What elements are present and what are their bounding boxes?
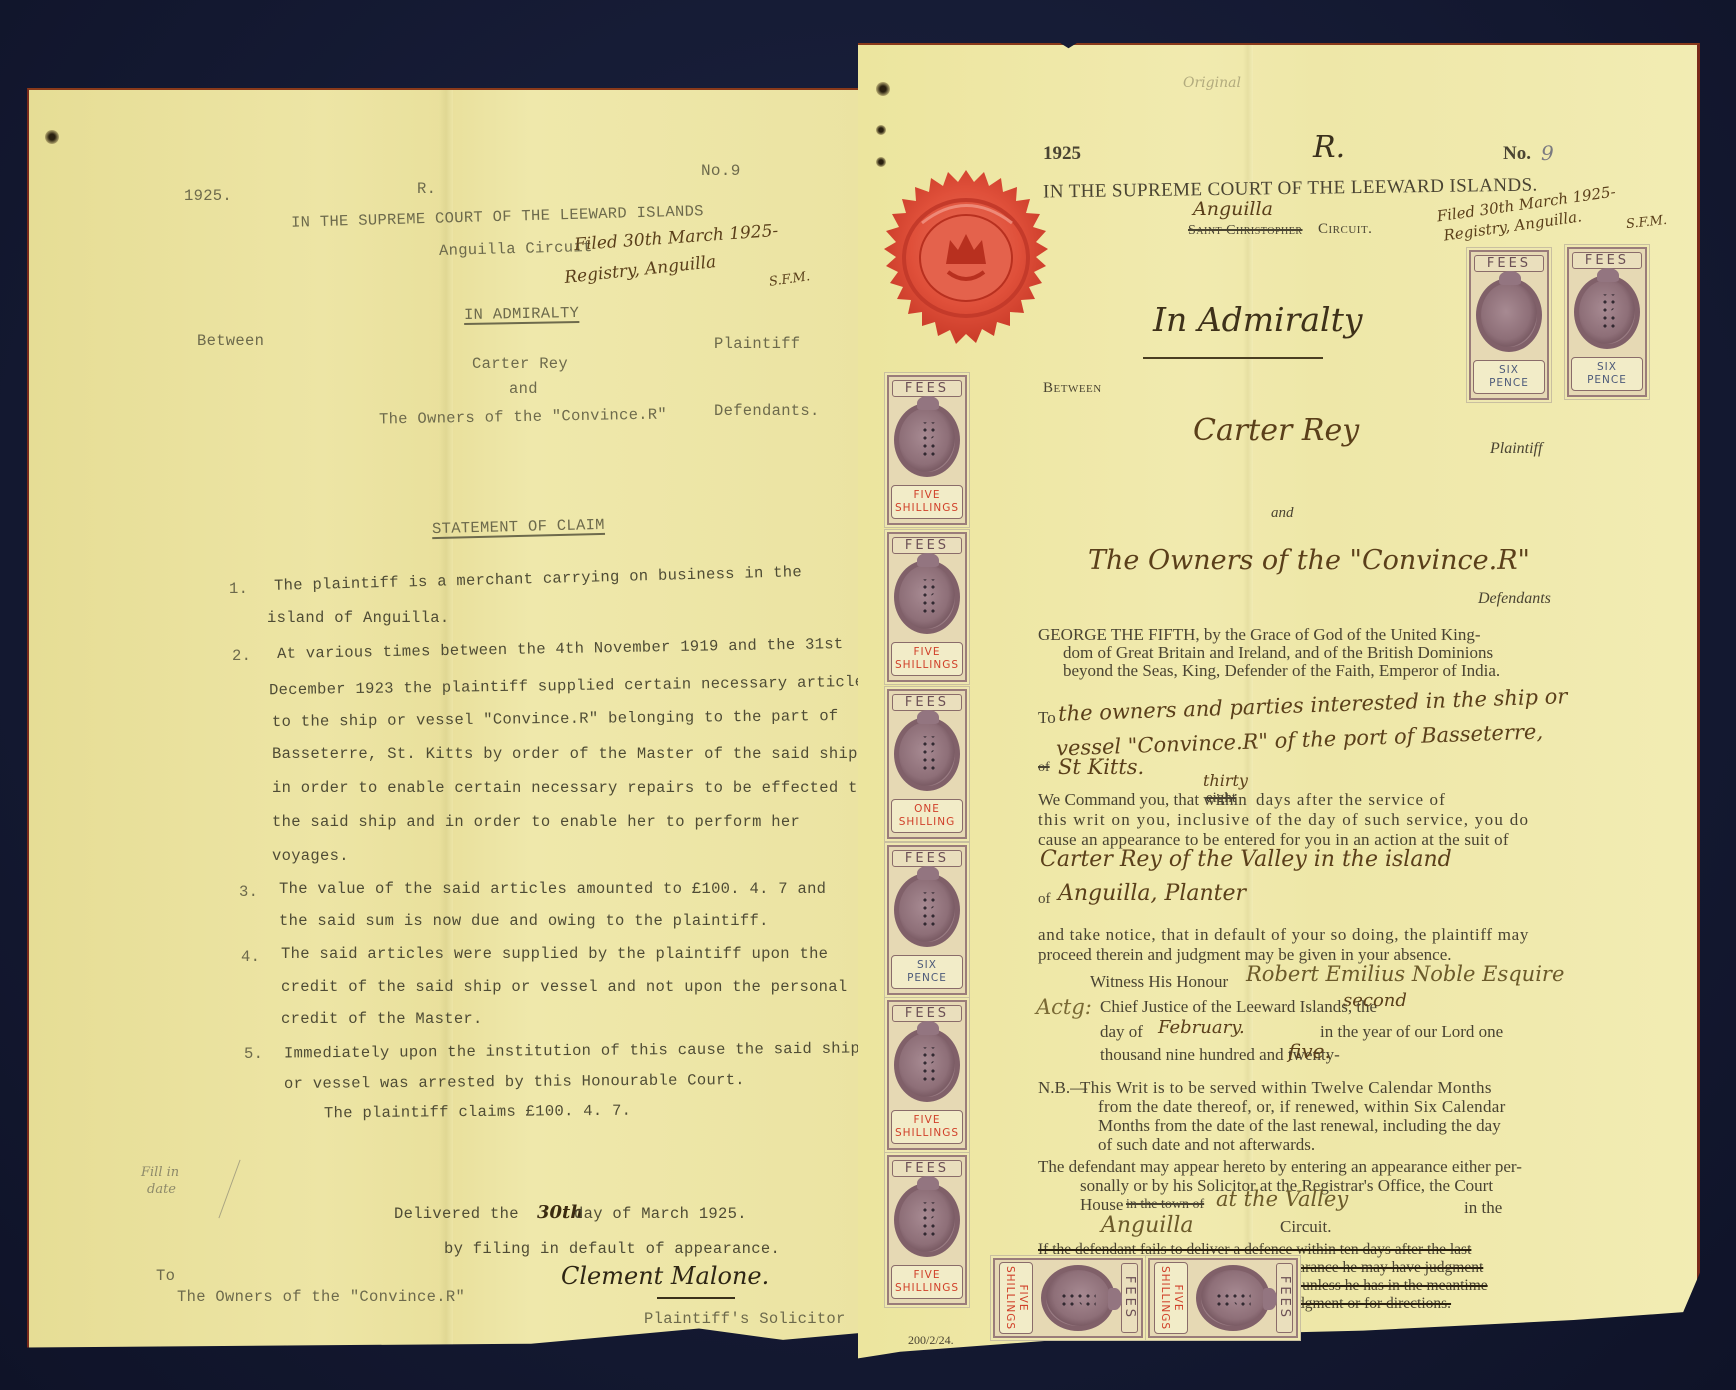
circuit2-label: Circuit. bbox=[1280, 1217, 1331, 1237]
nb-line: This Writ is to be served within Twelve … bbox=[1080, 1078, 1492, 1098]
nb-line: Months from the date of the last renewal… bbox=[1098, 1116, 1501, 1136]
house-handwritten: at the Valley bbox=[1216, 1187, 1348, 1211]
king-portrait-icon bbox=[894, 1028, 960, 1102]
claim-line: island of Anguilla. bbox=[267, 609, 449, 627]
to-line: the owners and parties interested in the… bbox=[1058, 684, 1568, 726]
filed-note-line1: Filed 30th March 1925- bbox=[574, 221, 779, 255]
king-portrait-icon bbox=[894, 403, 960, 477]
solicitor-signature: Clement Malone. bbox=[561, 1262, 769, 1290]
stamp-header: FEES bbox=[892, 1160, 962, 1177]
of-label: of bbox=[1038, 891, 1051, 908]
revenue-stamp: FEES FIVESHILLINGS bbox=[1148, 1258, 1298, 1338]
claim-number: 4. bbox=[241, 948, 260, 966]
defendant-role: Defendants. bbox=[714, 402, 820, 420]
stamp-value: ONESHILLING bbox=[891, 799, 963, 833]
revenue-stamp: FEES FIVESHILLINGS bbox=[887, 375, 967, 525]
between-label: Between bbox=[1043, 380, 1102, 397]
plaintiff-role: Plaintiff bbox=[1490, 440, 1542, 458]
claim-number: 2. bbox=[232, 647, 251, 665]
jurisdiction-heading: In Admiralty bbox=[1153, 300, 1363, 339]
claim-line: the said ship and in order to enable her… bbox=[272, 813, 800, 831]
stamp-header: FEES bbox=[1474, 255, 1544, 272]
defendant-name: The Owners of the "Convince.R" bbox=[1088, 545, 1530, 576]
letter-r: R. bbox=[1313, 130, 1345, 165]
delivered-suffix: day of March 1925. bbox=[574, 1205, 747, 1223]
month-value: February. bbox=[1158, 1017, 1245, 1038]
form-number: 200/2/24. bbox=[908, 1333, 954, 1348]
claim-number: 5. bbox=[244, 1045, 263, 1063]
claim-line: The plaintiff is a merchant carrying on … bbox=[274, 563, 802, 595]
margin-note: date bbox=[147, 1182, 176, 1197]
king-portrait-icon bbox=[1196, 1265, 1270, 1331]
preamble-line: dom of Great Britain and Ireland, and of… bbox=[1063, 643, 1493, 663]
stamp-value: SIXPENCE bbox=[1571, 357, 1643, 391]
appear-line: The defendant may appear hereto by enter… bbox=[1038, 1157, 1522, 1177]
acting-note: Actg: bbox=[1036, 995, 1092, 1019]
day-value: second bbox=[1343, 990, 1407, 1011]
suitor-line: Carter Rey of the Valley in the island bbox=[1040, 847, 1452, 872]
revenue-stamp: FEES ONESHILLING bbox=[887, 689, 967, 839]
claim-line: The value of the said articles amounted … bbox=[279, 880, 826, 898]
revenue-stamp: FEES FIVESHILLINGS bbox=[887, 532, 967, 682]
stamp-value: FIVESHILLINGS bbox=[891, 642, 963, 676]
command-line: this writ on you, inclusive of the day o… bbox=[1038, 810, 1529, 830]
year: 1925. bbox=[184, 187, 232, 205]
revenue-stamp: FEES SIXPENCE bbox=[887, 845, 967, 995]
court-seal-icon bbox=[872, 168, 1060, 356]
plaintiff-name: Carter Rey bbox=[472, 355, 568, 373]
filed-initials: S.F.M. bbox=[1625, 213, 1667, 232]
year: 1925 bbox=[1043, 143, 1081, 165]
plaintiff-role: Plaintiff bbox=[714, 335, 800, 353]
to-label: To bbox=[1038, 708, 1056, 728]
circuit-handwritten: Anguilla bbox=[1193, 198, 1273, 220]
letter-r: R. bbox=[417, 180, 436, 198]
witness-label: Witness His Honour bbox=[1090, 972, 1228, 992]
delivered-method: by filing in default of appearance. bbox=[444, 1240, 780, 1258]
claim-line: voyages. bbox=[272, 847, 349, 865]
punch-hole bbox=[876, 82, 890, 96]
stamp-header: FEES bbox=[892, 537, 962, 554]
stamp-value: FIVESHILLINGS bbox=[1154, 1262, 1188, 1334]
court-title: IN THE SUPREME COURT OF THE LEEWARD ISLA… bbox=[1043, 175, 1538, 204]
command-line: days after the service of bbox=[1256, 790, 1446, 810]
suitor-line: Anguilla, Planter bbox=[1058, 881, 1246, 906]
number-label: No. bbox=[1503, 143, 1531, 165]
nb-line: from the date thereof, or, if renewed, w… bbox=[1098, 1097, 1506, 1117]
claim-line: Basseterre, St. Kitts by order of the Ma… bbox=[272, 745, 858, 763]
between-label: Between bbox=[197, 332, 264, 350]
days-struck: eight bbox=[1206, 790, 1236, 807]
heading-underline bbox=[1143, 357, 1323, 359]
to-label: To bbox=[156, 1267, 175, 1285]
solicitor-title: Plaintiff's Solicitor bbox=[644, 1310, 846, 1328]
claim-line: December 1923 the plaintiff supplied cer… bbox=[269, 673, 874, 699]
pencil-note: Original bbox=[1183, 75, 1241, 91]
claim-line: At various times between the 4th Novembe… bbox=[277, 635, 844, 663]
delivered-prefix: Delivered the bbox=[394, 1205, 519, 1223]
preamble-line: beyond the Seas, King, Defender of the F… bbox=[1063, 661, 1500, 681]
stamp-header: FEES bbox=[892, 850, 962, 867]
circuit-label: Circuit. bbox=[1318, 221, 1372, 238]
house-struck: in the town of bbox=[1126, 1197, 1204, 1213]
stamp-value: FIVESHILLINGS bbox=[891, 485, 963, 519]
to-line: St Kitts. bbox=[1058, 755, 1144, 779]
filed-note-line2: Registry, Anguilla bbox=[563, 252, 717, 288]
king-portrait-icon bbox=[1041, 1265, 1115, 1331]
house-label: House bbox=[1080, 1195, 1123, 1215]
claim-line: credit of the Master. bbox=[281, 1010, 483, 1028]
king-portrait-icon bbox=[1476, 278, 1542, 352]
stamp-header: FEES bbox=[1572, 252, 1642, 269]
circuit2-handwritten: Anguilla bbox=[1101, 1213, 1194, 1238]
stamp-header: FEES bbox=[892, 1005, 962, 1022]
stamp-header: FEES bbox=[1121, 1263, 1138, 1333]
day-of-label: day of bbox=[1100, 1022, 1143, 1042]
punch-hole bbox=[876, 125, 886, 135]
claim-line: in order to enable certain necessary rep… bbox=[272, 779, 867, 797]
stamp-value: SIXPENCE bbox=[1473, 360, 1545, 394]
stamp-value: FIVESHILLINGS bbox=[891, 1265, 963, 1299]
of-struck: of bbox=[1038, 760, 1050, 776]
preamble-line: GEORGE THE FIFTH, by the Grace of God of… bbox=[1038, 625, 1481, 645]
revenue-stamp: FEES FIVESHILLINGS bbox=[993, 1258, 1143, 1338]
stamp-value: FIVESHILLINGS bbox=[999, 1262, 1033, 1334]
year-value: five. bbox=[1288, 1039, 1331, 1063]
stamp-value: FIVESHILLINGS bbox=[891, 1110, 963, 1144]
claim-line: the said sum is now due and owing to the… bbox=[279, 912, 769, 930]
revenue-stamp: FEES SIXPENCE bbox=[1567, 247, 1647, 397]
defendant-name: The Owners of the "Convince.R" bbox=[379, 405, 667, 428]
jurisdiction-heading: IN ADMIRALTY bbox=[464, 304, 580, 324]
defendant-role: Defendants bbox=[1478, 590, 1551, 608]
claim-number: 3. bbox=[239, 883, 258, 901]
notice-line: and take notice, that in default of your… bbox=[1038, 925, 1529, 945]
claim-total: The plaintiff claims £100. 4. 7. bbox=[324, 1102, 631, 1123]
stamp-header: FEES bbox=[1276, 1263, 1293, 1333]
king-portrait-icon bbox=[1574, 275, 1640, 349]
punch-hole bbox=[45, 130, 59, 144]
year-text: in the year of our Lord one bbox=[1320, 1022, 1503, 1042]
stamp-header: FEES bbox=[892, 694, 962, 711]
statement-of-claim-document: 1925. R. No.9 IN THE SUPREME COURT OF TH… bbox=[27, 88, 867, 1350]
king-portrait-icon bbox=[894, 560, 960, 634]
pencil-mark bbox=[218, 1160, 240, 1219]
claim-line: The said articles were supplied by the p… bbox=[281, 945, 828, 963]
claim-line: Immediately upon the institution of this… bbox=[284, 1039, 860, 1062]
revenue-stamp: FEES SIXPENCE bbox=[1469, 250, 1549, 400]
chief-justice-text: Chief Justice of the Leeward Islands, th… bbox=[1100, 997, 1377, 1017]
and-label: and bbox=[509, 380, 538, 398]
struck-line: If the defendant fails to deliver a defe… bbox=[1038, 1241, 1471, 1259]
filed-initials: S.F.M. bbox=[768, 269, 811, 290]
king-portrait-icon bbox=[894, 717, 960, 791]
days-handwritten: thirty bbox=[1203, 771, 1248, 790]
punch-hole bbox=[876, 157, 886, 167]
claim-line: to the ship or vessel "Convince.R" belon… bbox=[272, 707, 839, 731]
stamp-value: SIXPENCE bbox=[891, 955, 963, 989]
to-recipient: The Owners of the "Convince.R" bbox=[177, 1288, 465, 1306]
in-the-label: in the bbox=[1464, 1198, 1502, 1218]
king-portrait-icon bbox=[894, 1183, 960, 1257]
claim-number: 1. bbox=[229, 580, 248, 598]
revenue-stamp: FEES FIVESHILLINGS bbox=[887, 1155, 967, 1305]
circuit: Anguilla Circuit bbox=[439, 238, 593, 260]
case-number: No.9 bbox=[701, 162, 741, 180]
claim-line: credit of the said ship or vessel and no… bbox=[281, 978, 848, 996]
revenue-stamp: FEES FIVESHILLINGS bbox=[887, 1000, 967, 1150]
witness-name: Robert Emilius Noble Esquire bbox=[1246, 962, 1564, 986]
plaintiff-name: Carter Rey bbox=[1193, 413, 1359, 448]
claim-line: or vessel was arrested by this Honourabl… bbox=[284, 1071, 745, 1093]
nb-line: of such date and not afterwards. bbox=[1098, 1135, 1315, 1155]
signature-underline bbox=[657, 1297, 735, 1299]
court-title: IN THE SUPREME COURT OF THE LEEWARD ISLA… bbox=[291, 202, 704, 232]
statement-of-claim-heading: STATEMENT OF CLAIM bbox=[432, 516, 605, 538]
and-label: and bbox=[1271, 505, 1294, 522]
king-portrait-icon bbox=[894, 873, 960, 947]
margin-note: Fill in bbox=[141, 1165, 179, 1180]
number-value: 9 bbox=[1541, 141, 1554, 165]
circuit-struck: Saint Christopher bbox=[1188, 223, 1303, 239]
stamp-header: FEES bbox=[892, 380, 962, 397]
